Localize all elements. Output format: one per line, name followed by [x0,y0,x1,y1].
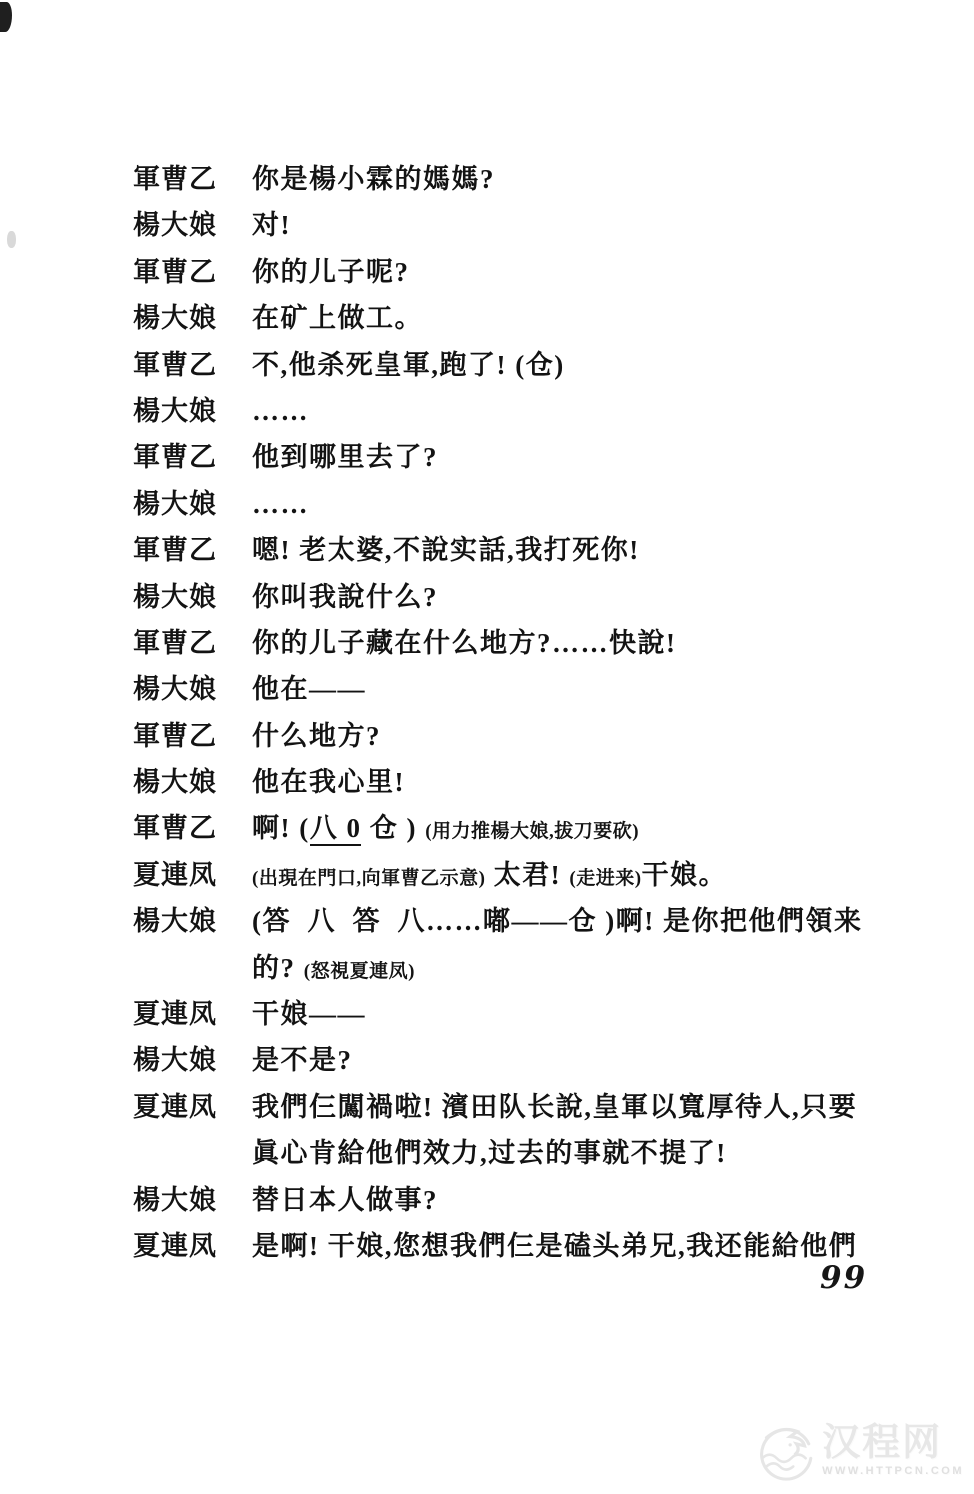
dialogue-text: 什么地方? [252,714,381,753]
speaker-label: 軍曹乙 [133,528,252,567]
dialogue-text: 嗯! 老太婆,不說实話,我打死你! [252,528,640,567]
dialogue-line: 楊大娘在矿上做工。 [133,296,893,342]
speaker-label: 楊大娘 [133,1038,252,1077]
dialogue-line: 楊大娘你叫我說什么? [133,575,893,621]
dialogue-text: 你的儿子呢? [252,250,410,289]
dialogue-text: 不,他杀死皇軍,跑了! (仓) [252,343,565,382]
dialogue-text: 眞心肯給他們效力,过去的事就不提了! [252,1131,727,1170]
dialogue-line: 軍曹乙他到哪里去了? [133,435,893,481]
dialogue-text: …… [252,489,309,520]
speaker-label: 夏連凤 [133,1085,252,1124]
dialogue-block: 軍曹乙你是楊小霖的媽媽?楊大娘对!軍曹乙你的儿子呢?楊大娘在矿上做工。軍曹乙不,… [133,157,893,1270]
dialogue-line: 楊大娘他在—— [133,667,893,713]
speaker-label: 軍曹乙 [133,343,252,382]
dialogue-segment: 他在—— [252,674,366,704]
dialogue-text: 替日本人做事? [252,1178,438,1217]
dialogue-segment: (答 八 答 八……嘟——仓 )啊! 是你把他們領来 [252,906,862,936]
speaker-label: 楊大娘 [133,389,252,428]
dialogue-line: 的? (怒視夏連凤) [133,946,893,992]
dialogue-text: (答 八 答 八……嘟——仓 )啊! 是你把他們領来 [252,899,862,938]
dialogue-segment: 你的儿子呢? [252,257,410,287]
dialogue-text: 你的儿子藏在什么地方?……快說! [252,621,677,660]
speaker-label: 楊大娘 [133,899,252,938]
dialogue-segment: 仓 ) [361,813,425,843]
dialogue-text: 他到哪里去了? [252,435,438,474]
speaker-label: 夏連凤 [133,992,252,1031]
dialogue-line: 軍曹乙你是楊小霖的媽媽? [133,157,893,203]
speaker-label: 夏連凤 [133,1224,252,1263]
dialogue-line: 軍曹乙啊! (八 0 仓 ) (用力推楊大娘,拔刀要砍) [133,806,893,852]
dialogue-line: 楊大娘对! [133,203,893,249]
dialogue-line: 楊大娘…… [133,389,893,435]
speaker-label: 軍曹乙 [133,806,252,845]
dialogue-text: (出現在門口,向軍曹乙示意) 太君! (走进来)干娘。 [252,853,727,892]
dialogue-segment: 干娘—— [252,999,366,1029]
dialogue-line: 楊大娘(答 八 答 八……嘟——仓 )啊! 是你把他們領来 [133,899,893,945]
dialogue-segment: 对! [252,210,291,240]
watermark-text: 汉程网 WWW.HTTPCN.COM [822,1423,964,1477]
stage-direction: (走进来) [569,868,641,889]
dialogue-line: 楊大娘…… [133,482,893,528]
speaker-label: 軍曹乙 [133,250,252,289]
dialogue-segment: 替日本人做事? [252,1185,438,1215]
dialogue-line: 軍曹乙你的儿子呢? [133,250,893,296]
watermark-brand: 汉程网 [822,1423,942,1463]
stage-direction: (用力推楊大娘,拔刀要砍) [425,821,639,842]
scan-artifact [7,231,16,248]
dialogue-line: 夏連凤(出現在門口,向軍曹乙示意) 太君! (走进来)干娘。 [133,853,893,899]
watermark-logo-icon [752,1416,818,1484]
dialogue-line: 軍曹乙你的儿子藏在什么地方?……快說! [133,621,893,667]
speaker-label: 軍曹乙 [133,435,252,474]
dialogue-segment: 什么地方? [252,721,381,751]
speaker-label: 楊大娘 [133,575,252,614]
dialogue-line: 夏連凤我們仨闖禍啦! 濱田队长說,皇軍以寬厚待人,只要 [133,1085,893,1131]
stage-direction: (怒視夏連凤) [304,961,415,982]
dialogue-segment: 他到哪里去了? [252,442,438,472]
dialogue-segment: 嗯! 老太婆,不說实話,我打死你! [252,535,640,565]
dialogue-text: 啊! (八 0 仓 ) (用力推楊大娘,拔刀要砍) [252,806,639,845]
dialogue-text: 的? (怒視夏連凤) [252,946,415,985]
speaker-label: 楊大娘 [133,296,252,335]
dialogue-segment: 太君! [485,860,569,890]
speaker-label: 軍曹乙 [133,621,252,660]
dialogue-line: 眞心肯給他們效力,过去的事就不提了! [133,1131,893,1177]
speaker-label: 楊大娘 [133,760,252,799]
speaker-label: 楊大娘 [133,482,252,521]
dialogue-segment: 啊! ( [252,813,310,843]
dialogue-line: 楊大娘替日本人做事? [133,1178,893,1224]
page-number: 99 [820,1260,867,1296]
dialogue-text: 是不是? [252,1038,353,1077]
dialogue-segment: 你是楊小霖的媽媽? [252,164,495,194]
dialogue-segment: …… [252,489,309,519]
dialogue-segment: 你叫我說什么? [252,582,438,612]
speaker-label: 夏連凤 [133,853,252,892]
dialogue-text: 是啊! 干娘,您想我們仨是磕头弟兄,我还能給他們 [252,1224,857,1263]
dialogue-segment: 我們仨闖禍啦! 濱田队长說,皇軍以寬厚待人,只要 [252,1092,857,1122]
speaker-label: 楊大娘 [133,203,252,242]
dialogue-segment: 不,他杀死皇軍,跑了! (仓) [252,350,565,380]
dialogue-segment: 在矿上做工。 [252,303,423,333]
dialogue-text: 你叫我說什么? [252,575,438,614]
dialogue-line: 楊大娘他在我心里! [133,760,893,806]
dialogue-segment: 干娘。 [642,860,728,890]
speaker-label: 楊大娘 [133,1178,252,1217]
watermark: 汉程网 WWW.HTTPCN.COM [752,1416,964,1484]
dialogue-line: 夏連凤是啊! 干娘,您想我們仨是磕头弟兄,我还能給他們 [133,1224,893,1270]
dialogue-text: 他在我心里! [252,760,405,799]
dialogue-segment: 他在我心里! [252,767,405,797]
stage-direction: (出現在門口,向軍曹乙示意) [252,868,485,889]
dialogue-line: 軍曹乙什么地方? [133,714,893,760]
dialogue-text: 你是楊小霖的媽媽? [252,157,495,196]
dialogue-line: 楊大娘是不是? [133,1038,893,1084]
dialogue-text: 他在—— [252,667,366,706]
dialogue-segment: 八 0 [310,813,362,846]
dialogue-segment: …… [252,396,309,426]
dialogue-segment: 是不是? [252,1045,353,1075]
dialogue-text: 在矿上做工。 [252,296,423,335]
scanned-page: 軍曹乙你是楊小霖的媽媽?楊大娘对!軍曹乙你的儿子呢?楊大娘在矿上做工。軍曹乙不,… [0,0,974,1494]
watermark-url: WWW.HTTPCN.COM [822,1465,964,1477]
dialogue-text: 干娘—— [252,992,366,1031]
dialogue-segment: 你的儿子藏在什么地方?……快說! [252,628,677,658]
speaker-label: 軍曹乙 [133,714,252,753]
speaker-label: 軍曹乙 [133,157,252,196]
dialogue-line: 軍曹乙不,他杀死皇軍,跑了! (仓) [133,343,893,389]
dialogue-line: 軍曹乙嗯! 老太婆,不說实話,我打死你! [133,528,893,574]
dialogue-segment: 眞心肯給他們效力,过去的事就不提了! [252,1138,727,1168]
dialogue-text: …… [252,396,309,427]
dialogue-text: 对! [252,203,291,242]
dialogue-segment: 是啊! 干娘,您想我們仨是磕头弟兄,我还能給他們 [252,1231,857,1261]
dialogue-line: 夏連凤干娘—— [133,992,893,1038]
dialogue-segment: 的? [252,953,304,983]
speaker-label: 楊大娘 [133,667,252,706]
scan-artifact [0,2,12,32]
dialogue-text: 我們仨闖禍啦! 濱田队长說,皇軍以寬厚待人,只要 [252,1085,857,1124]
